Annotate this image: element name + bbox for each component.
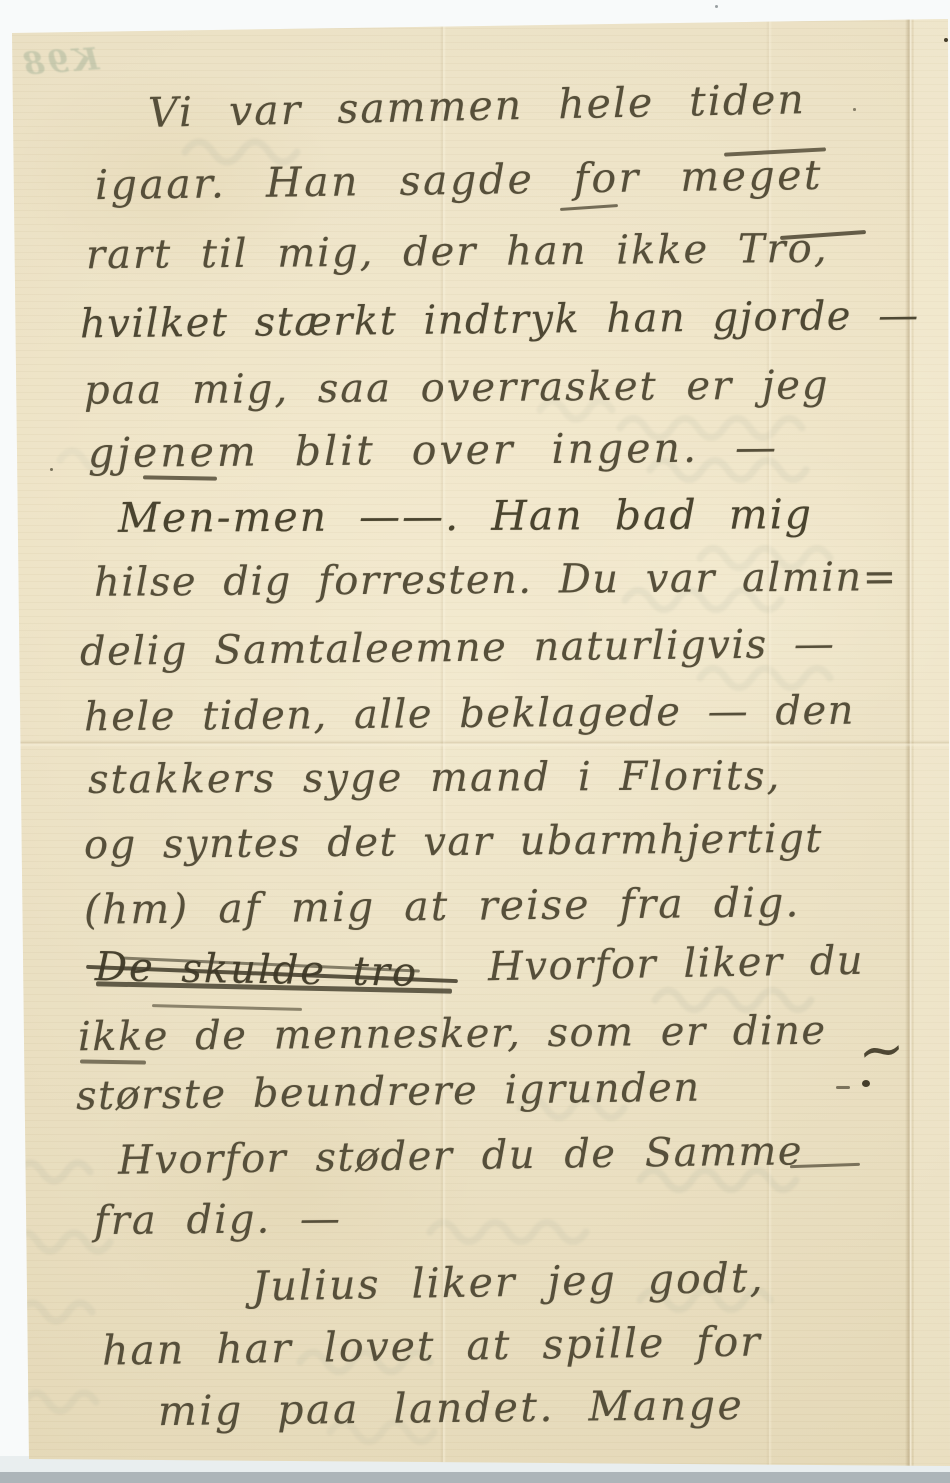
handwritten-line: igaar. Han sagde for meget: [95, 155, 823, 206]
handwritten-line: hvilket stærkt indtryk han gjorde —: [80, 296, 920, 345]
handwritten-line: Hvorfor støder du de Samme: [118, 1131, 804, 1181]
handwritten-line: største beundrere igrunden: [76, 1068, 701, 1117]
archive-number-show-through: K98: [19, 41, 100, 82]
handwritten-line: Men-men ——. Han bad mig: [118, 494, 813, 539]
ink-blot: [862, 1080, 870, 1087]
underline-mark: [560, 204, 618, 211]
handwritten-line: Hvorfor liker du: [488, 941, 865, 988]
handwritten-line: han har lovet at spille for: [102, 1321, 762, 1371]
handwritten-line: og syntes det var ubarmhjertigt: [84, 819, 823, 865]
handwritten-line: rart til mig, der han ikke Tro,: [86, 229, 829, 275]
handwritten-line: stakkers syge mand i Florits,: [88, 756, 782, 800]
handwritten-line: fra dig. —: [94, 1199, 342, 1241]
dust-speck: [715, 5, 718, 8]
flourish-tilde-mark: ~: [855, 1016, 908, 1086]
ink-speck: [50, 468, 53, 471]
scanner-tray-gray-band: [0, 1472, 950, 1483]
handwritten-line: (hm) af mig at reise fra dig.: [84, 882, 801, 930]
ink-speck: [853, 108, 856, 111]
handwritten-line: hilse dig forresten. Du var almin=: [94, 557, 898, 603]
handwritten-line: mig paa landet. Mange: [158, 1385, 745, 1432]
handwritten-line: Vi var sammen hele tiden: [148, 79, 807, 134]
underline-mark: [80, 1059, 146, 1064]
ink-speck: [944, 38, 948, 42]
underline-mark: [143, 475, 217, 480]
handwritten-line: ikke de mennesker, som er dine: [78, 1011, 827, 1058]
handwritten-line: Julius liker jeg godt,: [252, 1258, 765, 1308]
handwritten-line: gjenem blit over ingen. —: [88, 427, 779, 474]
fold-crease-horizontal: [0, 740, 950, 747]
underline-mark: [152, 1004, 302, 1011]
handwritten-line: paa mig, saa overrasket er jeg: [84, 365, 830, 410]
letter-page: K98 Vi var sammen hele tiden igaar. Han …: [0, 0, 950, 1483]
handwritten-line: delig Samtaleemne naturligvis —: [80, 624, 836, 672]
scan-background: K98 Vi var sammen hele tiden igaar. Han …: [0, 0, 950, 1483]
handwritten-line: hele tiden, alle beklagede — den: [84, 691, 855, 738]
ink-dash: [836, 1086, 850, 1089]
